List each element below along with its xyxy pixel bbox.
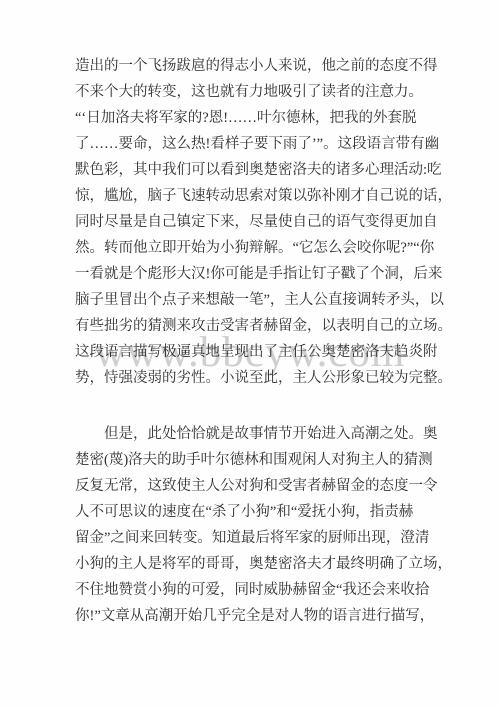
text-line: 不来个大的转变，这也就有力地吸引了读者的注意力。 [75, 79, 440, 105]
text-line: 默色彩，其中我们可以看到奥楚密洛夫的诸多心理活动:吃 [75, 157, 440, 183]
text-line: 留金”之间来回转变。知道最后将军家的厨师出现，澄清 [75, 525, 440, 551]
paragraph-1: 造出的一个飞扬跋扈的得志小人来说，他之前的态度不得 不来个大的转变，这也就有力地… [75, 53, 440, 391]
text-line: 但是，此处恰恰就是故事情节开始进入高潮之处。奥 [75, 421, 440, 447]
text-line: 人不可思议的速度在“杀了小狗”和“爱抚小狗，指责赫 [75, 499, 440, 525]
text-line: 势，恃强凌弱的劣性。小说至此，主人公形象已较为完整。 [75, 365, 440, 391]
text-line: 不住地赞赏小狗的可爱，同时威胁赫留金“我还会来收拾 [75, 577, 440, 603]
text-line: 小狗的主人是将军的哥哥，奥楚密洛夫才最终明确了立场， [75, 551, 440, 577]
text-line: 楚密(蔑)洛夫的助手叶尔德林和围观闲人对狗主人的猜测 [75, 447, 440, 473]
paragraph-2: 但是，此处恰恰就是故事情节开始进入高潮之处。奥 楚密(蔑)洛夫的助手叶尔德林和围… [75, 421, 440, 629]
document-body: 造出的一个飞扬跋扈的得志小人来说，他之前的态度不得 不来个大的转变，这也就有力地… [0, 0, 500, 629]
text-line: 脑子里冒出个点子来想敲一笔”，主人公直接调转矛头，以 [75, 287, 440, 313]
text-line: 造出的一个飞扬跋扈的得志小人来说，他之前的态度不得 [75, 53, 440, 79]
text-line: 你!”文章从高潮开始几乎完全是对人物的语言进行描写， [75, 603, 440, 629]
text-line: 反复无常，这致使主人公对狗和受害者赫留金的态度一令 [75, 473, 440, 499]
text-line: 一看就是个彪形大汉!你可能是手指让钉子戳了个洞，后来 [75, 261, 440, 287]
text-line: “‘日加洛夫将军家的?恩!……叶尔德林，把我的外套脱 [75, 105, 440, 131]
document-page: www.bbcyw.com 造出的一个飞扬跋扈的得志小人来说，他之前的态度不得 … [0, 0, 500, 708]
text-line: 惊，尴尬，脑子飞速转动思索对策以弥补刚才自己说的话， [75, 183, 440, 209]
text-line: 同时尽量是自己镇定下来，尽量使自己的语气变得更加自 [75, 209, 440, 235]
text-line: 有些拙劣的猜测来攻击受害者赫留金，以表明自己的立场。 [75, 313, 440, 339]
text-line: 了……要命，这么热!看样子要下雨了’”。这段语言带有幽 [75, 131, 440, 157]
text-line: 然。转而他立即开始为小狗辩解。“它怎么会咬你呢?”“你 [75, 235, 440, 261]
text-line: 这段语言描写极逼真地呈现出了主任公奥楚密洛夫趋炎附 [75, 339, 440, 365]
